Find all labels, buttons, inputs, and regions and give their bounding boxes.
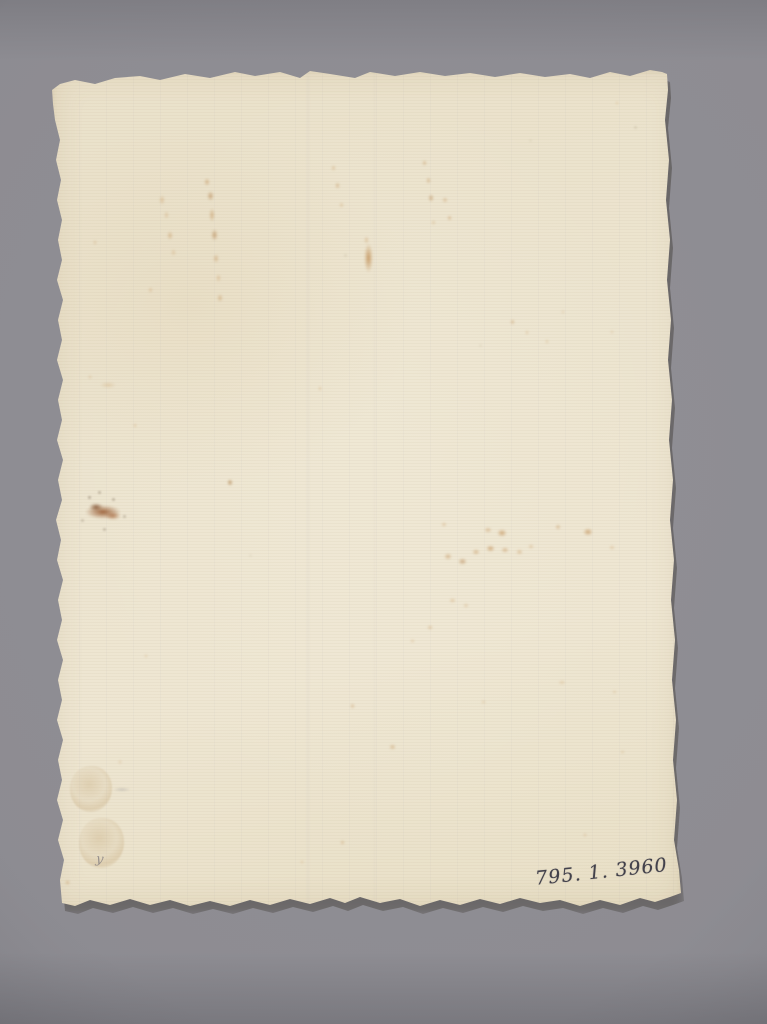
foxing-spot [159, 195, 165, 205]
foxing-spot [481, 700, 486, 704]
foxing-spot [555, 524, 561, 530]
foxing-spot [227, 479, 233, 486]
foxing-spot [442, 197, 448, 203]
foxing-spot [171, 249, 176, 256]
foxing-spot [529, 139, 532, 142]
foxing-spot [98, 491, 101, 494]
foxing-spot [364, 243, 373, 273]
foxing-spot [350, 703, 355, 709]
paper-crease [307, 70, 309, 908]
foxing-spot [88, 375, 92, 379]
foxing-spot [300, 860, 304, 864]
foxing-spot [144, 654, 148, 658]
foxing-spot [318, 386, 322, 391]
paper-crease [374, 70, 375, 908]
foxing-spot [211, 229, 218, 241]
foxing-spot [441, 522, 447, 527]
foxing-spot [449, 598, 456, 603]
foxing-spot [364, 236, 369, 244]
foxing-spot [528, 544, 534, 549]
foxing-spot [216, 274, 221, 282]
foxing-spot [431, 220, 436, 225]
foxing-spot [123, 515, 126, 518]
foxing-spot [561, 310, 565, 314]
foxing-spot [634, 126, 637, 129]
foxing-spot [217, 294, 223, 302]
foxing-spot [148, 287, 153, 293]
foxing-spot [410, 639, 415, 643]
foxing-spot [484, 527, 492, 533]
foxing-spot [207, 191, 214, 201]
foxing-spot [558, 680, 566, 685]
foxing-spot [209, 208, 215, 222]
foxing-spot [545, 339, 549, 344]
foxing-spot [389, 744, 396, 750]
foxing-spot [428, 194, 434, 202]
foxing-spot [610, 330, 614, 334]
foxing-spot [133, 423, 137, 428]
foxing-spot [427, 625, 433, 630]
photo-backdrop: y 795. 1. 3960 [0, 0, 767, 1024]
foxing-spot [479, 344, 482, 347]
foxing-spot [497, 529, 507, 537]
foxing-spot [615, 101, 619, 105]
foxing-spot [458, 558, 467, 565]
foxing-spot [335, 182, 340, 189]
foxing-spot [472, 549, 480, 555]
foxing-spot [516, 549, 523, 555]
foxing-spot [204, 178, 210, 186]
foxing-spot [65, 880, 70, 885]
foxing-spot [344, 254, 347, 257]
foxing-spot [447, 215, 452, 221]
foxing-spot [331, 165, 336, 171]
inventory-number-inscription: 795. 1. 3960 [534, 852, 685, 890]
foxing-spot [164, 211, 169, 219]
foxing-spot [525, 330, 529, 335]
foxing-spot [340, 840, 345, 845]
foxing-spot [213, 254, 219, 263]
foxing-spot [501, 547, 509, 553]
foxing-spot [118, 760, 122, 764]
foxing-spot [105, 512, 121, 520]
foxing-spot [583, 528, 593, 536]
blind-stamp-upper [70, 766, 112, 812]
foxing-spot [81, 519, 84, 522]
foxing-spot [444, 553, 452, 560]
foxing-spot [620, 750, 625, 754]
foxing-spot [510, 319, 515, 325]
foxing-spot [486, 545, 495, 552]
foxing-spot [612, 690, 617, 694]
foxing-spot [93, 240, 97, 245]
foxing-spot [113, 788, 131, 791]
foxing-spot [167, 231, 173, 240]
paper-sheet-verso: y 795. 1. 3960 [52, 70, 682, 908]
foxing-spot [426, 177, 431, 184]
foxing-spot [339, 202, 344, 208]
foxing-spot [583, 833, 587, 837]
foxing-spot [85, 505, 121, 519]
foxing-spot [89, 503, 103, 511]
foxing-spot [112, 498, 115, 501]
foxing-spot [463, 603, 469, 608]
foxing-spot [422, 160, 427, 166]
foxing-spot [100, 382, 116, 388]
foxing-spot [609, 545, 615, 550]
foxing-spot [249, 554, 252, 557]
foxing-spot [88, 496, 91, 499]
foxing-spot [103, 528, 106, 531]
